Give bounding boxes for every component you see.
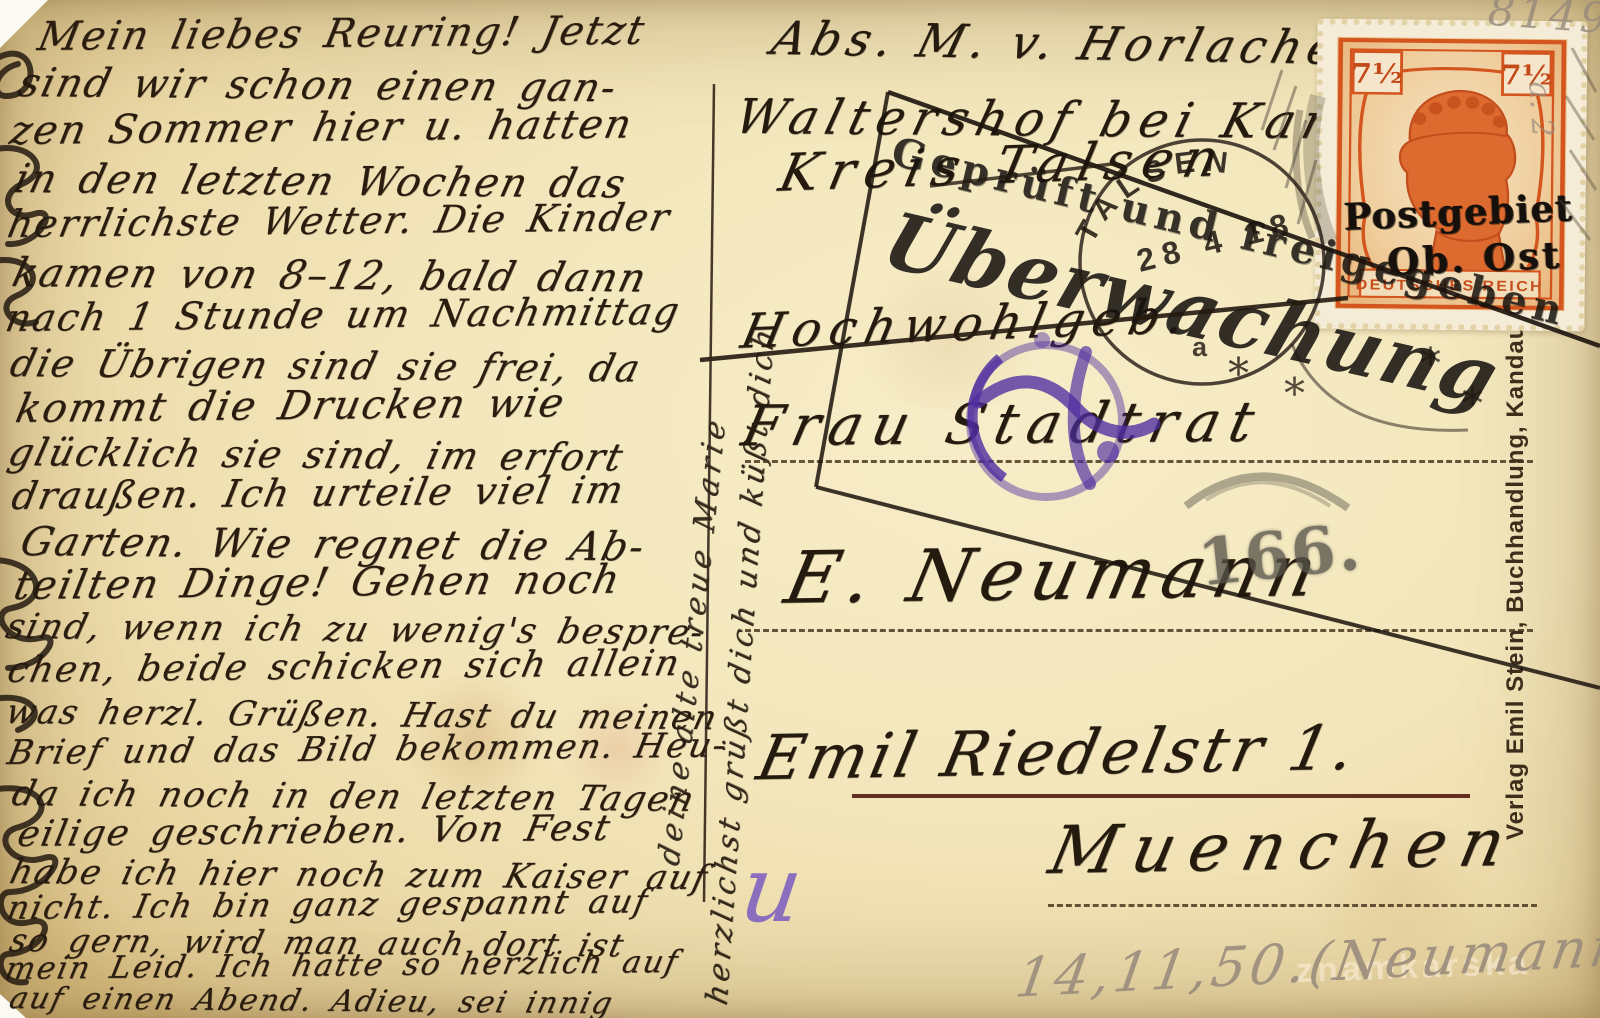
sender-line-1: Abs. M. v. Horlacher: [766, 11, 1376, 75]
message-line: kommt die Drucken wie: [12, 380, 570, 432]
address-rule-dashed: [1048, 904, 1537, 907]
postcard-scan: Mein liebes Reuring! Jetzt sind wir scho…: [0, 0, 1600, 1018]
message-line: auf einen Abend. Adieu, sei innig: [6, 981, 617, 1018]
message-line: mein Leid. Ich hatte so herzlich auf: [2, 944, 682, 987]
violet-pencil-letter: u: [734, 836, 808, 943]
message-line: nicht. Ich bin ganz gespannt auf: [4, 881, 652, 927]
pencil-bottom-note: 14,11,50.(Neumann): [1011, 913, 1600, 1010]
message-line: nach 1 Stunde um Nachmittag: [2, 289, 685, 340]
publisher-imprint: Verlag Emil Stein, Buchhandlung, Kandau: [1502, 362, 1544, 840]
message-line: teilten Dinge! Gehen noch: [10, 557, 625, 609]
address-rule-solid: [852, 794, 1470, 798]
address-line-3: Emil Riedelstr 1.: [751, 711, 1365, 794]
message-line: eilige geschrieben. Von Fest: [14, 808, 615, 855]
message-line: zen Sommer hier u. hatten: [6, 102, 637, 154]
message-line: herrlichste Wetter. Die Kinder: [4, 195, 675, 246]
message-line: Brief und das Bild bekommen. Heu-: [4, 725, 730, 773]
stamp-value: 7½: [1351, 57, 1403, 90]
address-line-1: Frau Stadtrat: [736, 390, 1270, 460]
message-line: chen, beide schicken sich allein: [4, 643, 685, 691]
message-line: draußen. Ich urteile viel im: [8, 468, 629, 518]
arrival-number-stamp: 166.: [1195, 510, 1366, 602]
message-line: Mein liebes Reuring! Jetzt: [34, 8, 650, 60]
address-rule-dashed: [745, 629, 1533, 632]
pencil-side-note: a. 2: [1521, 80, 1560, 138]
address-line-4: Muenchen: [1043, 804, 1526, 889]
address-rule-dashed: [745, 460, 1533, 463]
